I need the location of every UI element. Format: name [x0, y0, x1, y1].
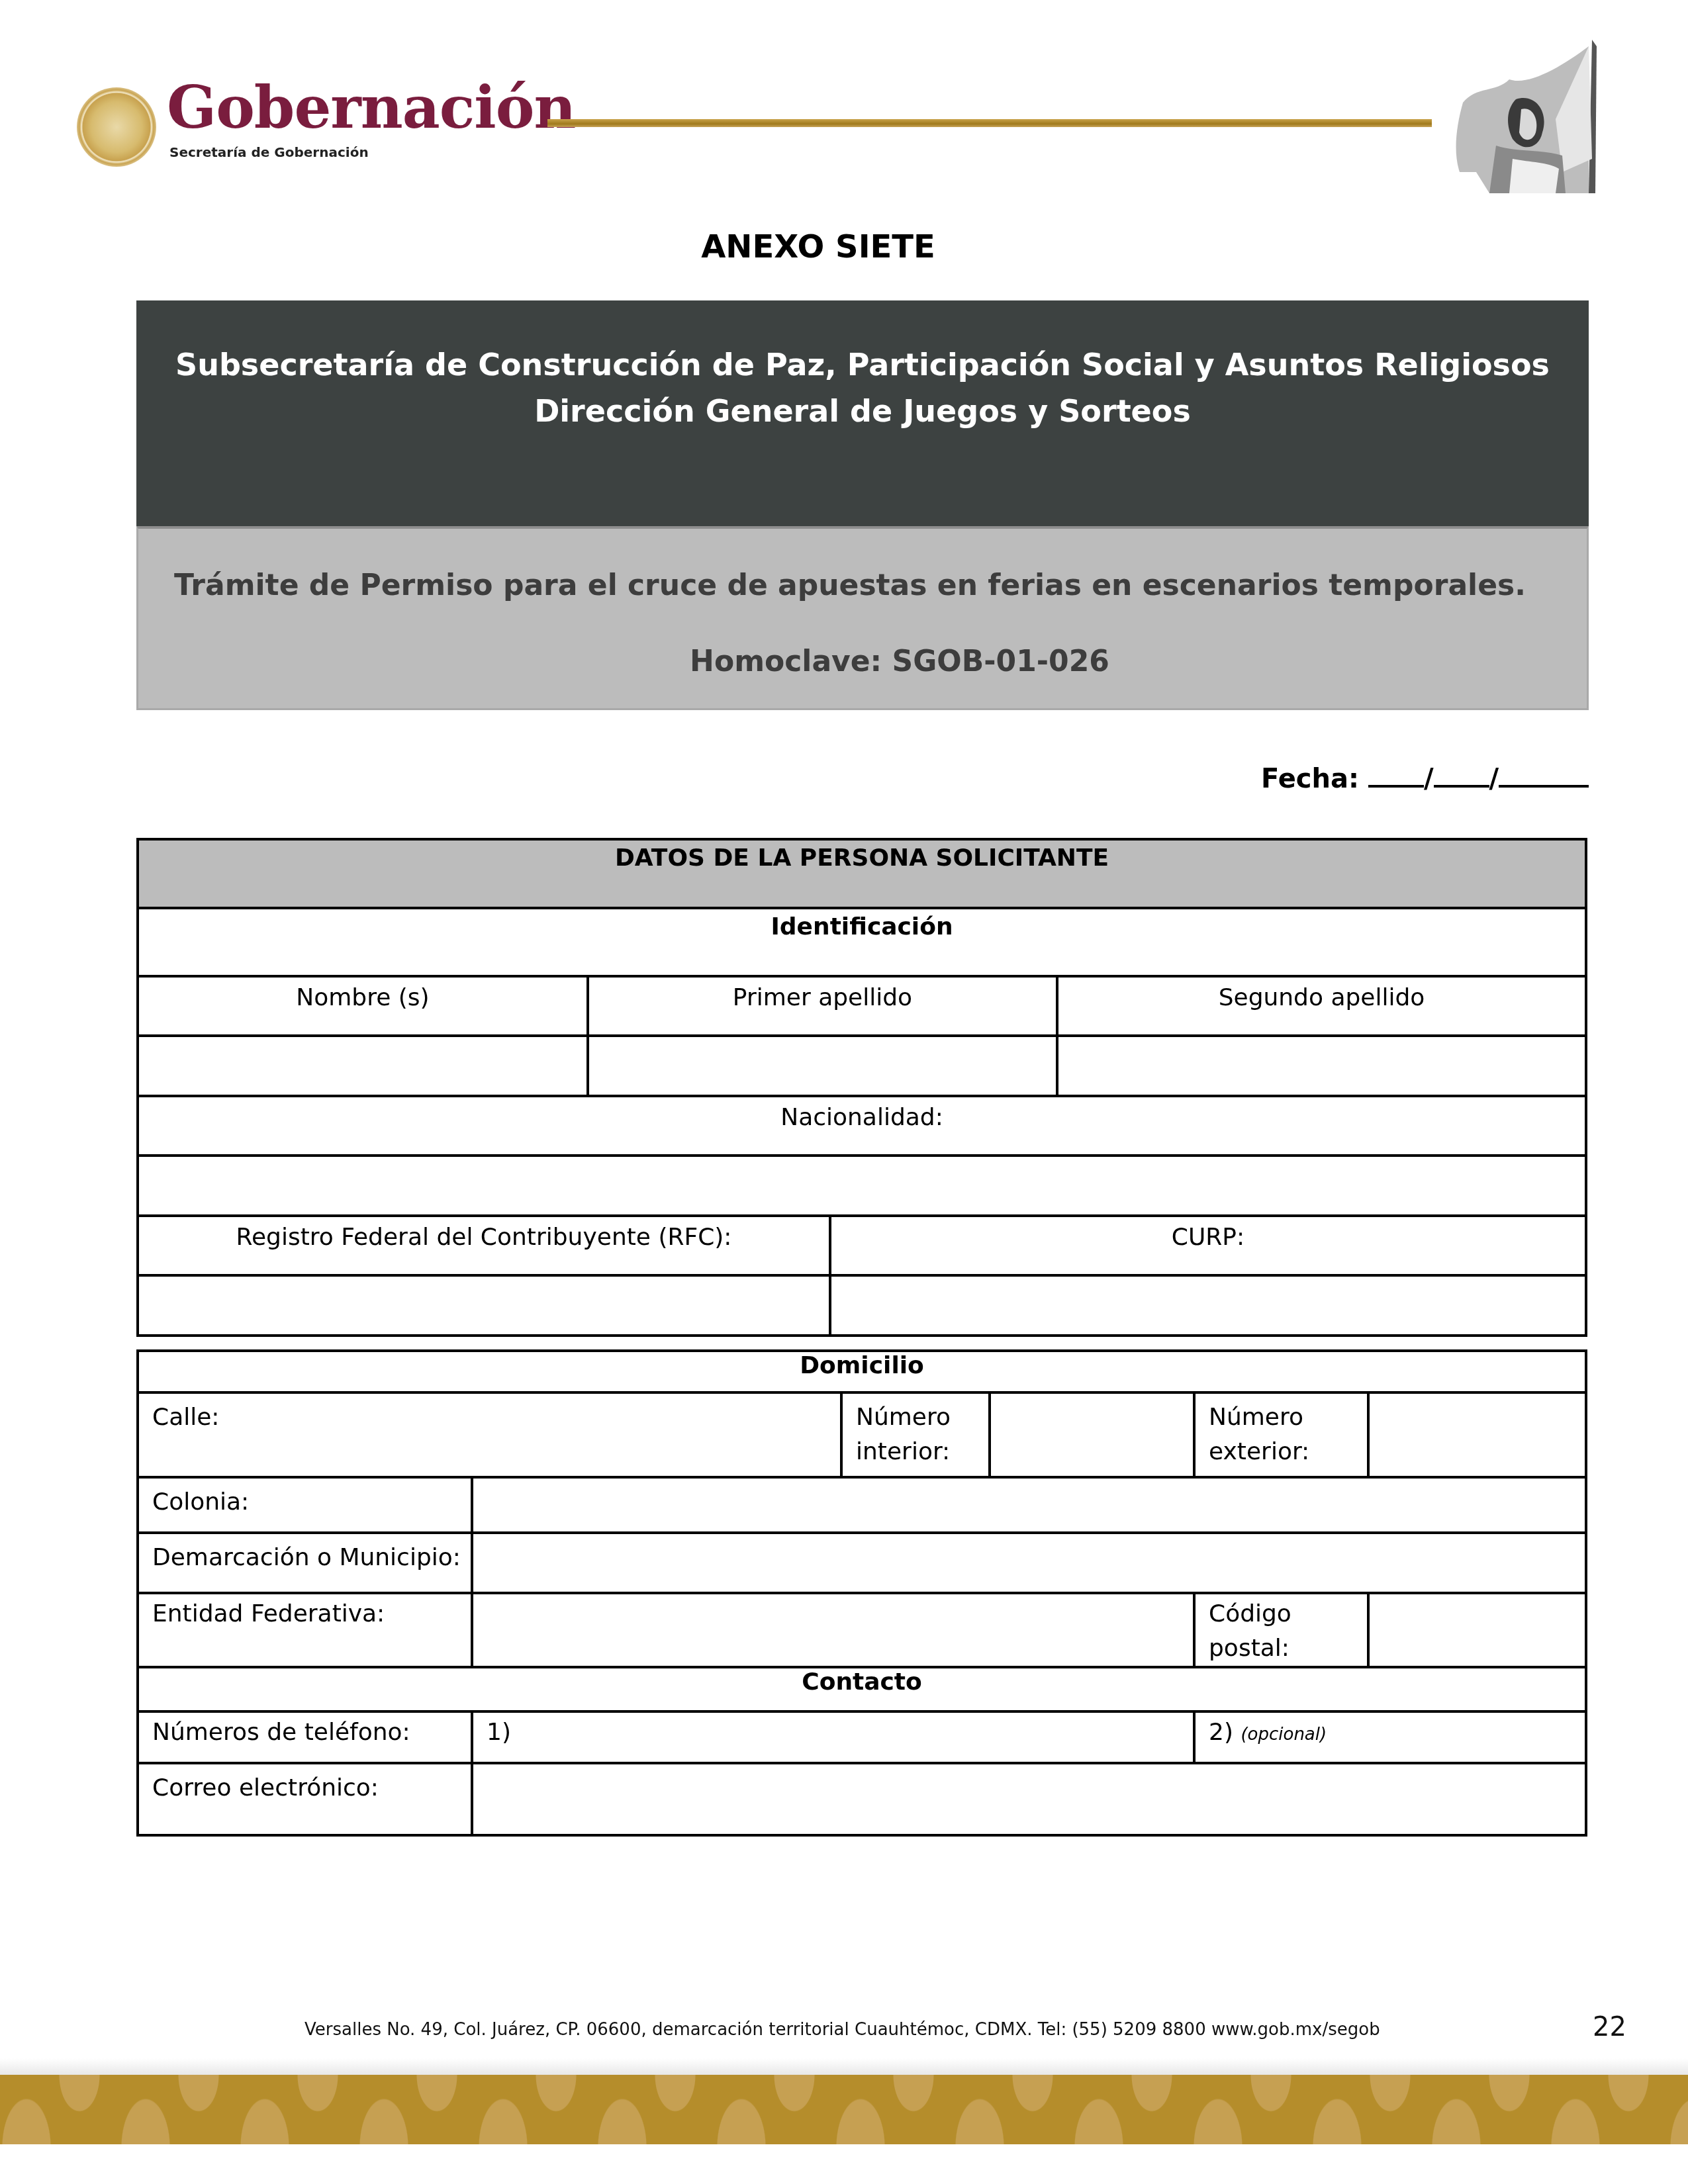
page-number: 22: [1593, 2012, 1626, 2042]
interior-number-label: Númerointerior:: [841, 1392, 990, 1477]
rfc-label: Registro Federal del Contribuyente (RFC)…: [138, 1216, 830, 1275]
first-name-label: Nombre (s): [138, 976, 588, 1036]
phone-2-prefix: 2): [1209, 1719, 1233, 1746]
coat-of-arms-seal-icon: [77, 87, 156, 167]
postal-code-input[interactable]: [1368, 1593, 1586, 1667]
footer-address: Versalles No. 49, Col. Juárez, CP. 06600…: [305, 2020, 1380, 2040]
second-surname-input[interactable]: [1057, 1036, 1586, 1096]
procedure-title: Trámite de Permiso para el cruce de apue…: [138, 569, 1562, 602]
colony-label: Colonia:: [138, 1477, 472, 1533]
brand-logo-text: Gobernación: [167, 78, 575, 136]
phone-2-optional-note: (opcional): [1241, 1725, 1327, 1745]
brand-subtitle: Secretaría de Gobernación: [169, 144, 369, 160]
date-separator: /: [1489, 764, 1499, 794]
date-day-blank[interactable]: [1368, 761, 1424, 788]
phone-1-input[interactable]: 1): [472, 1711, 1194, 1763]
identification-title: Identificación: [138, 908, 1586, 976]
postal-code-label: Código postal:: [1194, 1593, 1368, 1667]
agency-line-2: Dirección General de Juegos y Sorteos: [136, 388, 1589, 434]
phone-label: Números de teléfono:: [138, 1711, 472, 1763]
header-divider: [547, 119, 1432, 127]
agency-line-1: Subsecretaría de Construcción de Paz, Pa…: [136, 341, 1589, 388]
nationality-input[interactable]: [138, 1156, 1586, 1216]
date-label: Fecha:: [1261, 764, 1359, 794]
first-surname-input[interactable]: [588, 1036, 1057, 1096]
decorative-gold-band: [0, 2075, 1688, 2144]
state-input[interactable]: [472, 1593, 1194, 1667]
address-title: Domicilio: [138, 1351, 1586, 1392]
rfc-input[interactable]: [138, 1275, 830, 1336]
phone-1-prefix: 1): [487, 1719, 511, 1746]
date-separator: /: [1424, 764, 1434, 794]
applicant-section-header: DATOS DE LA PERSONA SOLICITANTE: [138, 839, 1586, 908]
email-label: Correo electrónico:: [138, 1763, 472, 1835]
curp-label: CURP:: [830, 1216, 1586, 1275]
nationality-label: Nacionalidad:: [138, 1096, 1586, 1156]
state-label: Entidad Federativa:: [138, 1593, 472, 1667]
address-contact-table: Domicilio Calle: Númerointerior: Númeroe…: [136, 1349, 1587, 1837]
procedure-code: Homoclave: SGOB-01-026: [138, 645, 1661, 678]
curp-input[interactable]: [830, 1275, 1586, 1336]
second-surname-label: Segundo apellido: [1057, 976, 1586, 1036]
colony-input[interactable]: [472, 1477, 1586, 1533]
applicant-data-table: DATOS DE LA PERSONA SOLICITANTE Identifi…: [136, 838, 1587, 1337]
interior-number-input[interactable]: [990, 1392, 1194, 1477]
woman-with-flag-icon: [1450, 40, 1599, 193]
procedure-banner: Trámite de Permiso para el cruce de apue…: [136, 526, 1589, 710]
date-year-blank[interactable]: [1499, 761, 1589, 788]
annex-title: ANEXO SIETE: [0, 228, 1636, 265]
contact-title: Contacto: [138, 1667, 1586, 1711]
street-label: Calle:: [152, 1404, 219, 1431]
first-surname-label: Primer apellido: [588, 976, 1057, 1036]
date-field: Fecha: //: [1261, 761, 1589, 794]
street-field[interactable]: Calle:: [138, 1392, 841, 1477]
date-month-blank[interactable]: [1434, 761, 1489, 788]
first-name-input[interactable]: [138, 1036, 588, 1096]
exterior-number-input[interactable]: [1368, 1392, 1586, 1477]
phone-2-input[interactable]: 2) (opcional): [1194, 1711, 1586, 1763]
agency-banner: Subsecretaría de Construcción de Paz, Pa…: [136, 300, 1589, 526]
municipality-input[interactable]: [472, 1533, 1586, 1593]
email-input[interactable]: [472, 1763, 1586, 1835]
municipality-label: Demarcación o Municipio:: [138, 1533, 472, 1593]
exterior-number-label: Númeroexterior:: [1194, 1392, 1368, 1477]
footer-band-shadow: [0, 2058, 1688, 2075]
